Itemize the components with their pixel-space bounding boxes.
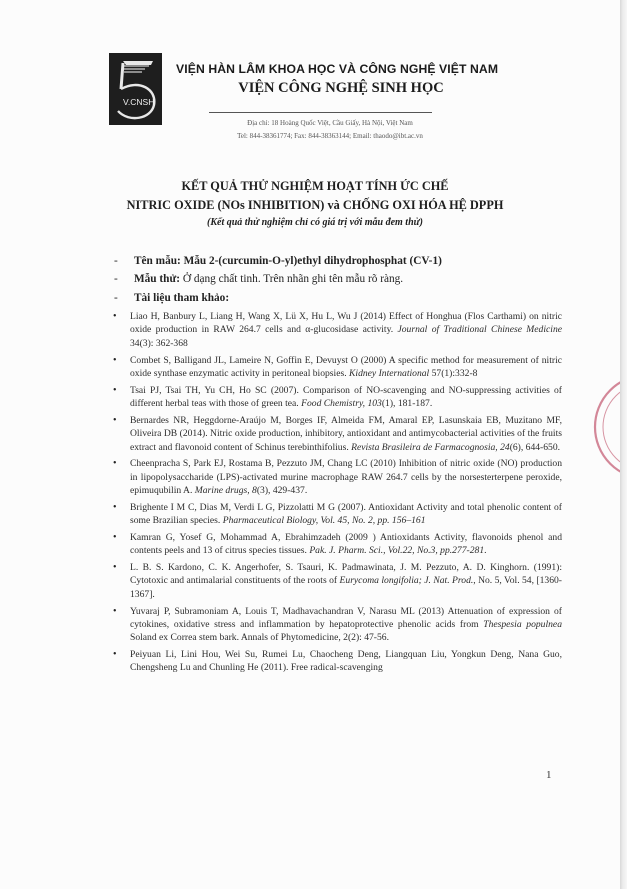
report-subtitle: (Kết quả thử nghiệm chỉ có giá trị với m… bbox=[90, 217, 540, 228]
institute-logo: V.CNSH bbox=[109, 53, 162, 125]
contact-info: Tel: 844-38361774; Fax: 844-38363144; Em… bbox=[200, 132, 460, 140]
reference-item: Cheenpracha S, Park EJ, Rostama B, Pezzu… bbox=[112, 457, 562, 497]
header-divider bbox=[209, 112, 432, 113]
reference-item: L. B. S. Kardono, C. K. Angerhofer, S. T… bbox=[112, 561, 562, 601]
sample-description-label: Mẫu thử: bbox=[134, 273, 180, 285]
reference-item: Liao H, Banbury L, Liang H, Wang X, Lü X… bbox=[112, 310, 562, 350]
reference-list: Liao H, Banbury L, Liang H, Wang X, Lü X… bbox=[112, 310, 562, 678]
logo-five-icon: V.CNSH bbox=[109, 53, 162, 125]
parent-organization: VIỆN HÀN LÂM KHOA HỌC VÀ CÔNG NGHỆ VIỆT … bbox=[176, 62, 506, 76]
reference-item: Kamran G, Yosef G, Mohammad A, Ebrahimza… bbox=[112, 531, 562, 558]
reference-item: Bernardes NR, Heggdorne-Araújo M, Borges… bbox=[112, 414, 562, 454]
page-number: 1 bbox=[546, 769, 552, 781]
sample-name: -Tên mẫu: Mẫu 2-(curcumin-O-yl)ethyl dih… bbox=[114, 255, 442, 267]
svg-text:V.CNSH: V.CNSH bbox=[123, 97, 154, 107]
sample-description-value: Ở dạng chất tinh. Trên nhãn ghi tên mẫu … bbox=[180, 273, 403, 285]
reference-item: Tsai PJ, Tsai TH, Yu CH, Ho SC (2007). C… bbox=[112, 384, 562, 411]
reference-item: Brighente I M C, Dias M, Verdi L G, Pizz… bbox=[112, 501, 562, 528]
reference-item: Peiyuan Li, Lini Hou, Wei Su, Rumei Lu, … bbox=[112, 648, 562, 675]
references-heading: -Tài liệu tham khảo: bbox=[114, 292, 229, 304]
sample-name-label: Tên mẫu: Mẫu 2-(curcumin-O-yl)ethyl dihy… bbox=[134, 255, 442, 267]
page-edge-shadow bbox=[620, 0, 627, 889]
reference-item: Yuvaraj P, Subramoniam A, Louis T, Madha… bbox=[112, 605, 562, 645]
report-title-line1: KẾT QUẢ THỬ NGHIỆM HOẠT TÍNH ỨC CHẾ bbox=[90, 179, 540, 194]
sample-description: -Mẫu thử: Ở dạng chất tinh. Trên nhãn gh… bbox=[114, 273, 403, 285]
report-title-line2: NITRIC OXIDE (NOs INHIBITION) và CHỐNG O… bbox=[90, 198, 540, 213]
organization-name: VIỆN CÔNG NGHỆ SINH HỌC bbox=[176, 80, 506, 97]
address: Địa chỉ: 18 Hoàng Quốc Việt, Cầu Giấy, H… bbox=[200, 119, 460, 127]
document-page: V.CNSH VIỆN HÀN LÂM KHOA HỌC VÀ CÔNG NGH… bbox=[0, 0, 620, 889]
reference-item: Combet S, Balligand JL, Lameire N, Goffi… bbox=[112, 354, 562, 381]
